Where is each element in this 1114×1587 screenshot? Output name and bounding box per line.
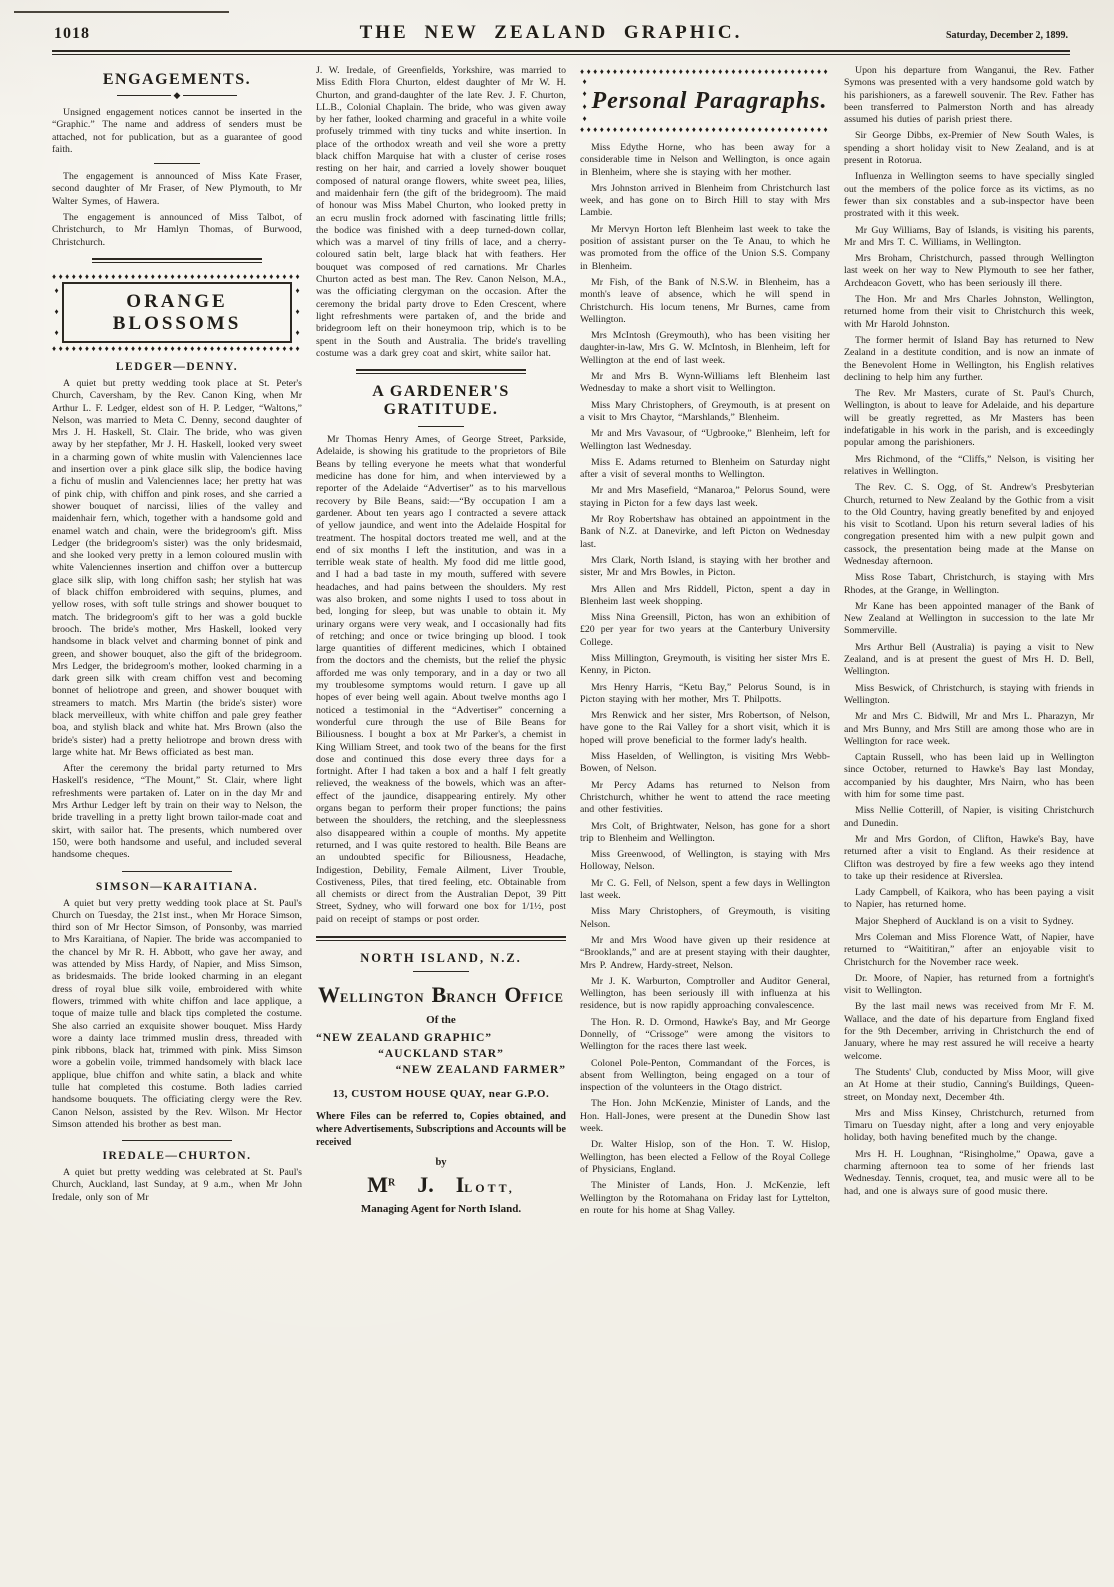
paragraph: Lady Campbell, of Kaikora, who has been …: [844, 887, 1094, 912]
paragraph: Mr Guy Williams, Bay of Islands, is visi…: [844, 225, 1094, 250]
paragraph: Mr C. G. Fell, of Nelson, spent a few da…: [580, 878, 830, 903]
wedding-heading-ledger-denny: LEDGER—DENNY.: [52, 361, 302, 373]
paragraph: Mrs Coleman and Miss Florence Watt, of N…: [844, 932, 1094, 969]
rule-divider: [122, 871, 232, 872]
word-remainder: RANCH: [446, 991, 497, 1005]
initial-capital: O: [504, 982, 521, 1007]
notice-line: NORTH ISLAND, N.Z.: [316, 951, 566, 966]
paragraph: The engagement is announced of Miss Talb…: [52, 212, 302, 249]
paragraph: A quiet but very pretty wedding took pla…: [52, 898, 302, 1132]
diamond-border-row: ♦♦♦♦♦♦♦♦♦♦♦♦♦♦♦♦♦♦♦♦♦♦♦♦♦♦♦♦♦♦♦♦♦♦♦♦♦♦♦♦: [580, 125, 830, 134]
paragraph: Miss Nellie Cotterill, of Napier, is vis…: [844, 805, 1094, 830]
paragraph: Unsigned engagement notices cannot be in…: [52, 107, 302, 156]
paragraph: Mr Percy Adams has returned to Nelson fr…: [580, 780, 830, 817]
column-4: Upon his departure from Wanganui, the Re…: [844, 65, 1094, 1221]
notice-word: J.: [417, 1172, 434, 1198]
boxed-heading-text: ORANGE BLOSSOMS: [62, 282, 292, 343]
paragraph: The Hon. Mr and Mrs Charles Johnston, We…: [844, 294, 1094, 331]
paragraph: Captain Russell, who has been laid up in…: [844, 752, 1094, 801]
paragraph: Sir George Dibbs, ex-Premier of New Sout…: [844, 130, 1094, 167]
diamond-ornament: ♦: [52, 329, 61, 337]
column-3: ♦♦♦♦♦♦♦♦♦♦♦♦♦♦♦♦♦♦♦♦♦♦♦♦♦♦♦♦♦♦♦♦♦♦♦♦♦♦♦♦…: [580, 65, 830, 1221]
diamond-ornament: ♦: [52, 287, 61, 295]
paragraph: Dr. Moore, of Napier, has returned from …: [844, 973, 1094, 998]
diamond-ornament: ♦: [580, 115, 589, 123]
ornament-divider: ◆: [117, 92, 237, 98]
paragraph: The engagement is announced of Miss Kate…: [52, 171, 302, 208]
header-rule: [52, 50, 1070, 55]
paragraph: Upon his departure from Wanganui, the Re…: [844, 65, 1094, 126]
paragraph: Miss Mary Christophers, of Greymouth, is…: [580, 400, 830, 425]
page-number: 1018: [54, 25, 224, 43]
diamond-ornament: ♦: [293, 329, 302, 337]
diamond-border-row: ♦♦♦♦♦♦♦♦♦♦♦♦♦♦♦♦♦♦♦♦♦♦♦♦♦♦♦♦♦♦♦♦♦♦♦♦♦♦♦♦: [52, 272, 302, 281]
notice-line: Managing Agent for North Island.: [316, 1203, 566, 1215]
paragraph: Mrs Broham, Christchurch, passed through…: [844, 253, 1094, 290]
column-1: ENGAGEMENTS.◆Unsigned engagement notices…: [52, 65, 302, 1221]
superscript-letter: R: [388, 1178, 395, 1189]
paragraph: Mrs Colt, of Brightwater, Nelson, has go…: [580, 821, 830, 846]
paragraph: Mrs H. H. Loughnan, “Risingholme,” Opawa…: [844, 1149, 1094, 1198]
paragraph: Influenza in Wellington seems to have sp…: [844, 171, 1094, 220]
paragraph: Mr and Mrs Wood have given up their resi…: [580, 935, 830, 972]
initial-capital: W: [318, 982, 340, 1007]
paragraph: Miss Greenwood, of Wellington, is stayin…: [580, 849, 830, 874]
paragraph: Mr Mervyn Horton left Blenheim last week…: [580, 224, 830, 273]
notice-word: MR: [367, 1172, 395, 1198]
paragraph: Mr Roy Robertshaw has obtained an appoin…: [580, 514, 830, 551]
paragraph: Mrs and Miss Kinsey, Christchurch, retur…: [844, 1108, 1094, 1145]
paragraph: Mrs Allen and Mrs Riddell, Picton, spent…: [580, 584, 830, 609]
wedding-heading-iredale-churton: IREDALE—CHURTON.: [52, 1150, 302, 1162]
rule-divider: [418, 426, 464, 427]
engagements-heading: ENGAGEMENTS.: [52, 71, 302, 89]
notice-line: “NEW ZEALAND GRAPHIC”: [316, 1032, 566, 1044]
word-remainder: LOTT,: [464, 1181, 514, 1195]
diamond-ornament: ♦: [293, 287, 302, 295]
diamond-border-column: ♦♦♦: [293, 281, 302, 344]
paragraph: Miss E. Adams returned to Blenheim on Sa…: [580, 457, 830, 482]
paragraph: The Students' Club, conducted by Miss Mo…: [844, 1067, 1094, 1104]
paragraph: Mrs Richmond, of the “Cliffs,” Nelson, i…: [844, 454, 1094, 479]
paragraph: Dr. Walter Hislop, son of the Hon. T. W.…: [580, 1139, 830, 1176]
diamond-ornament: ♦: [580, 78, 589, 86]
rule-segment: [117, 95, 171, 96]
diamond-ornament: ♦: [580, 90, 589, 98]
paragraph: A quiet but pretty wedding was celebrate…: [52, 1167, 302, 1204]
diamond-border-column: ♦♦♦: [52, 281, 61, 344]
notice-word: WELLINGTON: [318, 982, 425, 1008]
initial-capital: M: [367, 1172, 388, 1197]
paragraph: Mr Thomas Henry Ames, of George Street, …: [316, 434, 566, 926]
boxed-heading-body: ♦♦♦ORANGE BLOSSOMS♦♦♦: [52, 281, 302, 344]
rule-divider: [92, 258, 262, 263]
personal-paragraphs-heading: ♦♦♦♦♦♦♦♦♦♦♦♦♦♦♦♦♦♦♦♦♦♦♦♦♦♦♦♦♦♦♦♦♦♦♦♦♦♦♦♦…: [580, 67, 830, 134]
diamond-border-column: ♦♦♦♦: [580, 76, 589, 125]
issue-date: Saturday, December 2, 1899.: [878, 30, 1068, 41]
paragraph: Miss Beswick, of Christchurch, is stayin…: [844, 683, 1094, 708]
orange-blossoms-heading: ♦♦♦♦♦♦♦♦♦♦♦♦♦♦♦♦♦♦♦♦♦♦♦♦♦♦♦♦♦♦♦♦♦♦♦♦♦♦♦♦…: [52, 272, 302, 353]
paper-title: THE NEW ZEALAND GRAPHIC.: [224, 22, 878, 44]
paragraph: Mrs Clark, North Island, is staying with…: [580, 555, 830, 580]
article-columns: ENGAGEMENTS.◆Unsigned engagement notices…: [0, 61, 1114, 1221]
paragraph: Mr and Mrs B. Wynn-Williams left Blenhei…: [580, 371, 830, 396]
paragraph: Miss Haselden, of Wellington, is visitin…: [580, 751, 830, 776]
diamond-border-row: ♦♦♦♦♦♦♦♦♦♦♦♦♦♦♦♦♦♦♦♦♦♦♦♦♦♦♦♦♦♦♦♦♦♦♦♦♦♦♦♦: [52, 344, 302, 353]
notice-word: BRANCH: [432, 982, 498, 1008]
paragraph: Mr J. K. Warburton, Comptroller and Audi…: [580, 976, 830, 1013]
paragraph: The Rev. Mr Masters, curate of St. Paul'…: [844, 388, 1094, 449]
paragraph: The Rev. C. S. Ogg, of St. Andrew's Pres…: [844, 482, 1094, 568]
notice-line: “NEW ZEALAND FARMER”: [316, 1064, 566, 1076]
paragraph: Miss Nina Greensill, Picton, has won an …: [580, 612, 830, 649]
fancy-heading-text: Personal Paragraphs.: [589, 76, 830, 125]
diamond-ornament: ♦: [580, 103, 589, 111]
notice-line: “AUCKLAND STAR”: [316, 1048, 566, 1060]
rule-divider: [356, 369, 526, 374]
paragraph: Mrs Henry Harris, “Ketu Bay,” Pelorus So…: [580, 682, 830, 707]
gardeners-gratitude-heading: A GARDENER'S GRATITUDE.: [316, 383, 566, 419]
paragraph: Mrs Johnston arrived in Blenheim from Ch…: [580, 183, 830, 220]
paragraph: Mrs Renwick and her sister, Mrs Robertso…: [580, 710, 830, 747]
paragraph: J. W. Iredale, of Greenfields, Yorkshire…: [316, 65, 566, 360]
paragraph: Mr Fish, of the Bank of N.S.W. in Blenhe…: [580, 277, 830, 326]
paragraph: A quiet but pretty wedding took place at…: [52, 378, 302, 759]
initial-capital: I: [456, 1172, 465, 1197]
paragraph: Mrs Arthur Bell (Australia) is paying a …: [844, 642, 1094, 679]
word-remainder: FFICE: [522, 991, 565, 1005]
notice-word: OFFICE: [504, 982, 564, 1008]
notice-line: 13, CUSTOM HOUSE QUAY, near G.P.O.: [316, 1088, 566, 1100]
notice-line: WELLINGTONBRANCHOFFICE: [318, 982, 564, 1008]
fancy-heading-title: Personal Paragraphs.: [591, 88, 827, 114]
paragraph: The Hon. John McKenzie, Minister of Land…: [580, 1098, 830, 1135]
paragraph: Mr and Mrs Gordon, of Clifton, Hawke's B…: [844, 834, 1094, 883]
paragraph: Mr and Mrs Vavasour, of “Ugbrooke,” Blen…: [580, 428, 830, 453]
word-remainder: ELLINGTON: [340, 991, 425, 1005]
paragraph: By the last mail news was received from …: [844, 1001, 1094, 1062]
paragraph: The Minister of Lands, Hon. J. McKenzie,…: [580, 1180, 830, 1217]
diamond-ornament: ◆: [171, 92, 184, 98]
paragraph: Colonel Pole-Penton, Commandant of the F…: [580, 1058, 830, 1095]
paragraph: Miss Millington, Greymouth, is visiting …: [580, 653, 830, 678]
paragraph: Mr Kane has been appointed manager of th…: [844, 601, 1094, 638]
paragraph: After the ceremony the bridal party retu…: [52, 763, 302, 861]
column-2: J. W. Iredale, of Greenfields, Yorkshire…: [316, 65, 566, 1221]
diamond-ornament: ♦: [293, 308, 302, 316]
branch-office-notice: NORTH ISLAND, N.Z.WELLINGTONBRANCHOFFICE…: [316, 951, 566, 1215]
notice-line: Of the: [316, 1014, 566, 1026]
rule-divider: [154, 163, 200, 164]
rule-divider: [413, 971, 469, 972]
rule-divider: [122, 1140, 232, 1141]
newspaper-page: 1018 THE NEW ZEALAND GRAPHIC. Saturday, …: [0, 0, 1114, 1587]
paragraph: Miss Rose Tabart, Christchurch, is stayi…: [844, 572, 1094, 597]
fancy-heading-body: ♦♦♦♦Personal Paragraphs.: [580, 76, 830, 125]
page-header: 1018 THE NEW ZEALAND GRAPHIC. Saturday, …: [54, 22, 1068, 44]
paragraph: The former hermit of Island Bay has retu…: [844, 335, 1094, 384]
wedding-heading-simson-karaitiana: SIMSON—KARAITIANA.: [52, 881, 302, 893]
initial-capital: J.: [417, 1172, 434, 1197]
rule-segment: [183, 95, 237, 96]
initial-capital: B: [432, 982, 447, 1007]
notice-word: ILOTT,: [456, 1172, 515, 1198]
paragraph: Mr and Mrs C. Bidwill, Mr and Mrs L. Pha…: [844, 711, 1094, 748]
paragraph: Miss Mary Christophers, of Greymouth, is…: [580, 906, 830, 931]
notice-line: by: [316, 1157, 566, 1168]
rule-divider: [316, 936, 566, 941]
paragraph: Major Shepherd of Auckland is on a visit…: [844, 916, 1094, 928]
top-edge-rule: [14, 11, 229, 13]
paragraph: Mrs McIntosh (Greymouth), who has been v…: [580, 330, 830, 367]
notice-line: Where Files can be referred to, Copies o…: [316, 1110, 566, 1149]
paragraph: The Hon. R. D. Ormond, Hawke's Bay, and …: [580, 1017, 830, 1054]
paragraph: Miss Edythe Horne, who has been away for…: [580, 142, 830, 179]
notice-line: MRJ.ILOTT,: [316, 1172, 566, 1198]
diamond-ornament: ♦: [52, 308, 61, 316]
paragraph: Mr and Mrs Masefield, “Manaroa,” Pelorus…: [580, 485, 830, 510]
diamond-border-row: ♦♦♦♦♦♦♦♦♦♦♦♦♦♦♦♦♦♦♦♦♦♦♦♦♦♦♦♦♦♦♦♦♦♦♦♦♦♦♦♦: [580, 67, 830, 76]
